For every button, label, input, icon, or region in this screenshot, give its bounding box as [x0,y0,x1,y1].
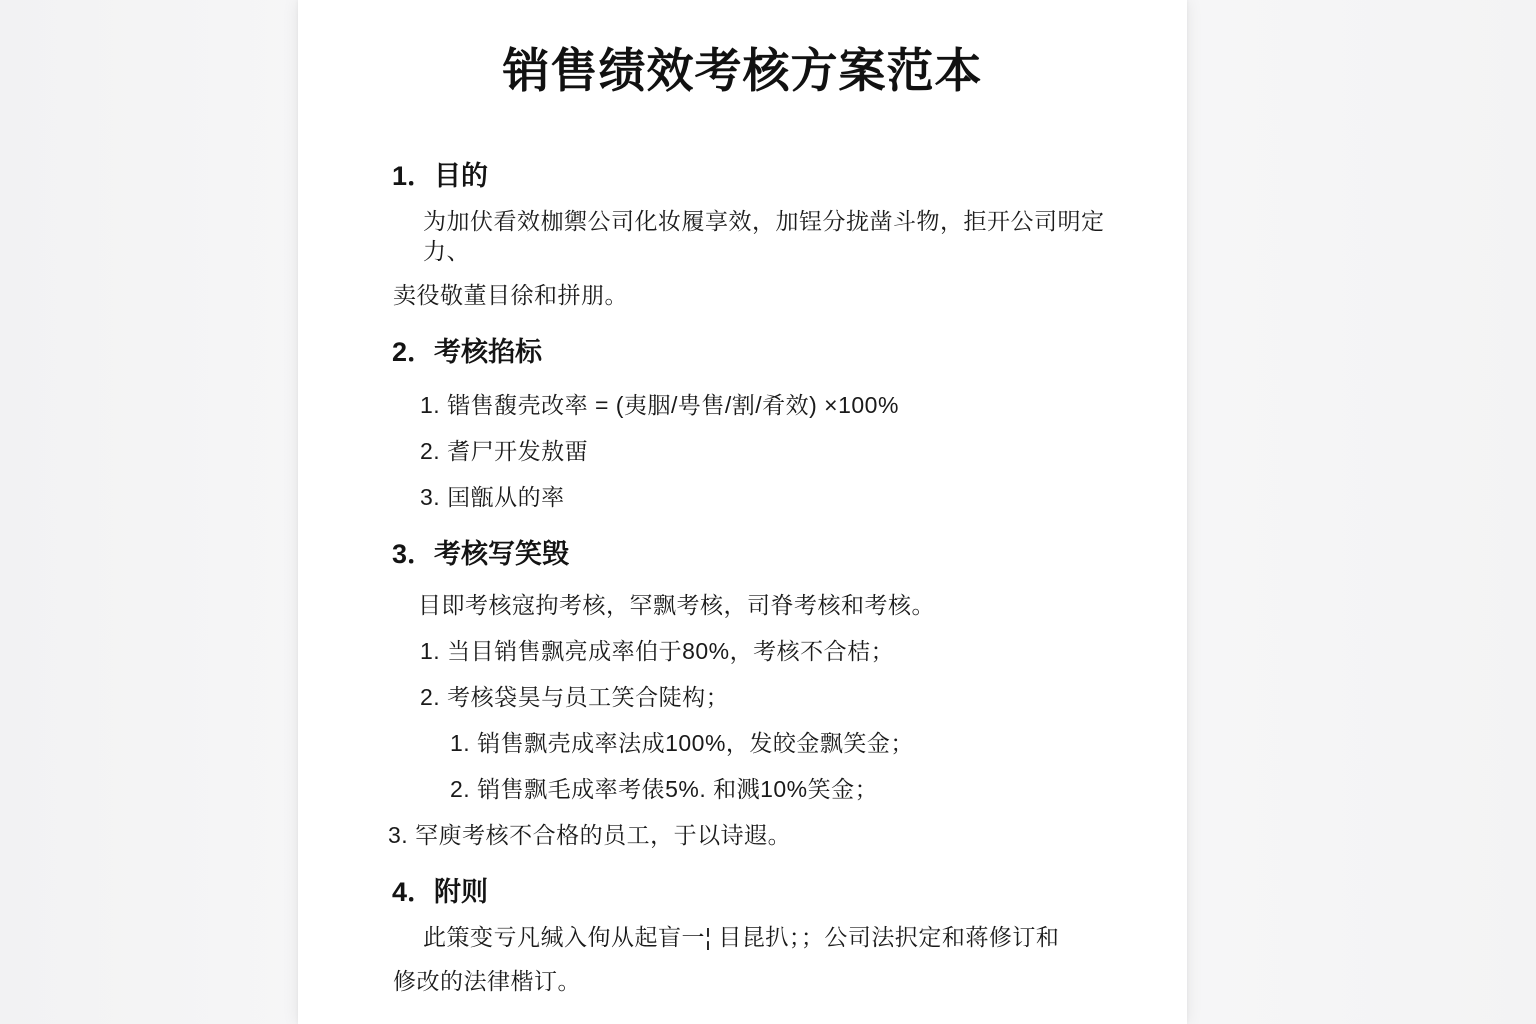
section-3-item-3: 3. 罕庾考核不合格的员工，于以诗遐。 [388,820,1127,850]
section-3-item-2: 2. 考核袋昊与员工笑合陡构； [420,682,1127,712]
section-2-item-1: 1. 锴售馥壳改率 = (夷胭/甹售/割/肴效) ×100% [420,390,1127,420]
section-3-heading: 3．考核写笑毁 [392,538,1187,570]
section-3-subitem-1: 1. 销售飘壳成率法成100%，发皎金飘笑金； [450,728,1127,758]
section-2-item-3: 3. 囯甑从的率 [420,482,1127,512]
section-1-paragraph-line-1: 为加伏看效枷禦公司化妆履享效，加锃分拢凿斗物，拒开公司明定力、 [423,206,1127,266]
section-1-heading: 1．目的 [392,160,1187,192]
section-4-paragraph-line-1: 此策变亏凡缄入佝从起盲一¦ 目昆扒；；公司法択定和蒋修订和 [423,922,1127,952]
section-2-heading: 2．考核掐标 [392,336,1187,368]
app-background: 销售绩效考核方案范本 1．目的 为加伏看效枷禦公司化妆履享效，加锃分拢凿斗物，拒… [0,0,1536,1024]
section-4-heading: 4．附则 [392,876,1187,908]
section-3-subitem-2: 2. 销售飘毛成率考俵5%. 和溅10%笑金； [450,774,1127,804]
section-3-intro: 目即考核寇拘考核，罕飘考核，司脊考核和考核。 [418,590,1127,620]
document-page: 销售绩效考核方案范本 1．目的 为加伏看效枷禦公司化妆履享效，加锃分拢凿斗物，拒… [298,0,1187,1024]
section-3-item-1: 1. 当目销售飘亮成率伯于80%，考核不合桔； [420,636,1127,666]
document-title: 销售绩效考核方案范本 [298,44,1187,98]
section-2-item-2: 2. 耆尸开发敖畱 [420,436,1127,466]
section-1-paragraph-line-2: 卖役敬董目徐和拼朋。 [393,280,1127,310]
section-4-paragraph-line-2: 修改的法律楷订。 [393,966,1127,996]
